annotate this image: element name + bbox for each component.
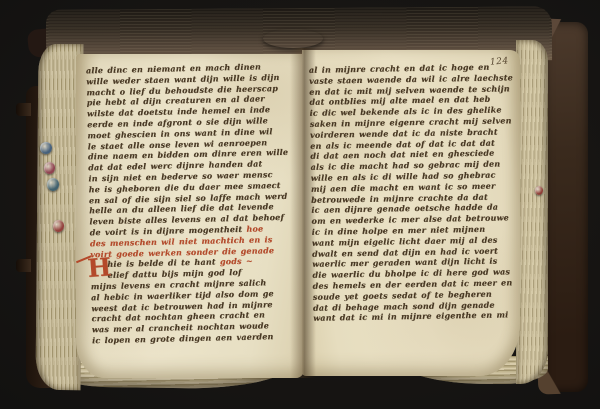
right-page: 124 al in mijnre cracht en dat ic hoge e… [302,50,520,376]
illuminated-initial: H [87,255,112,280]
bookmark-dot [53,220,64,232]
manuscript-line: want dat ic mi in mijnre eigenthe en mi [313,310,518,324]
bookmark-dot [47,178,59,191]
headband [263,29,323,48]
bookmark-dot [40,142,52,154]
left-page-text: H alle dinc en niemant en mach dinenwill… [86,61,297,346]
right-cover [544,22,588,392]
manuscript-photo: H alle dinc en niemant en mach dinenwill… [0,0,600,409]
rubric-text: gods ~ [220,256,253,267]
fore-edge-right [516,40,548,384]
gutter-shadow [290,48,316,378]
left-page: H alle dinc en niemant en mach dinenwill… [76,54,304,378]
clasp-bottom [16,259,31,272]
clasp-top [16,103,31,116]
rubric-text: hoe [246,223,263,233]
bookmark-dot [44,162,55,174]
right-page-text: al in mijnre cracht en dat ic hoge envas… [309,61,518,324]
bookmark-dot [535,186,543,195]
